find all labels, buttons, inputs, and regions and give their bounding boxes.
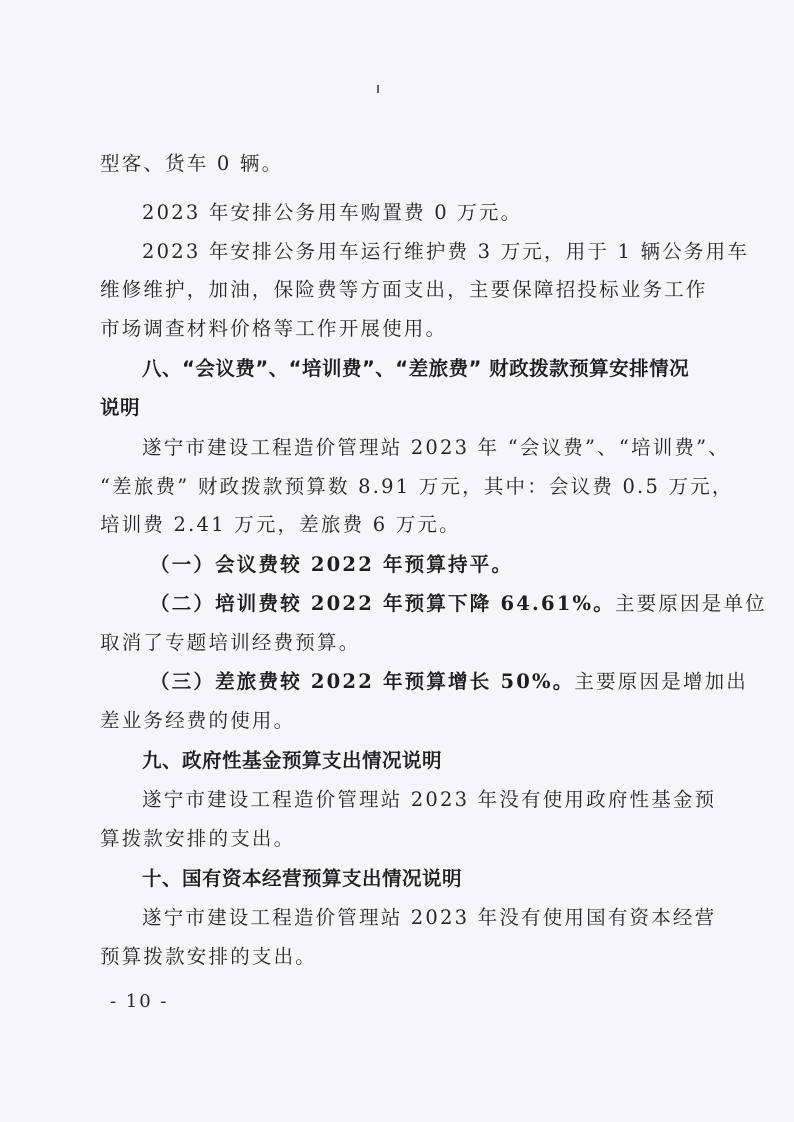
paragraph-vehicle-maintenance-line1: 2023 年安排公务用车运行维护费 3 万元，用于 1 辆公务用车 [142,238,710,266]
paragraph-gov-fund-line1: 遂宁市建设工程造价管理站 2023 年没有使用政府性基金预 [142,786,710,814]
subsection-training-fee-line2: 取消了专题培训经费预算。 [100,629,710,657]
section-heading-8-line2: 说明 [100,394,710,422]
paragraph-state-capital-line2: 预算拨款安排的支出。 [100,943,710,971]
subsection-meeting-fee: （一）会议费较 2022 年预算持平。 [150,551,710,579]
subsection-travel-fee-bold: （三）差旅费较 2022 年预算增长 50%。 [150,670,574,693]
subsection-travel-fee-line2: 差业务经费的使用。 [100,707,710,735]
subsection-travel-fee: （三）差旅费较 2022 年预算增长 50%。主要原因是增加出 [150,668,710,696]
section-heading-8-line1: 八、“会议费”、“培训费”、“差旅费” 财政拨款预算安排情况 [142,355,710,383]
section-heading-10: 十、国有资本经营预算支出情况说明 [142,865,710,893]
paragraph-state-capital-line1: 遂宁市建设工程造价管理站 2023 年没有使用国有资本经营 [142,904,710,932]
section-heading-9: 九、政府性基金预算支出情况说明 [142,747,710,775]
paragraph-vehicle-maintenance-line2: 维修维护，加油，保险费等方面支出，主要保障招投标业务工作 [100,276,710,304]
document-page: 型客、货车 0 辆。 2023 年安排公务用车购置费 0 万元。 2023 年安… [0,0,794,1122]
page-number: - 10 - [110,990,169,1014]
scan-artifact-mark [377,85,379,93]
subsection-training-fee: （二）培训费较 2022 年预算下降 64.61%。主要原因是单位 [150,590,710,618]
subsection-training-fee-bold: （二）培训费较 2022 年预算下降 64.61%。 [150,592,615,615]
paragraph-three-fees-line1: 遂宁市建设工程造价管理站 2023 年 “会议费”、“培训费”、 [142,434,710,462]
paragraph-vehicle-count: 型客、货车 0 辆。 [100,150,710,178]
paragraph-three-fees-line2: “差旅费” 财政拨款预算数 8.91 万元，其中：会议费 0.5 万元， [100,473,710,501]
subsection-training-fee-reason: 主要原因是单位 [615,592,767,615]
paragraph-vehicle-maintenance-line3: 市场调查材料价格等工作开展使用。 [100,315,710,343]
paragraph-three-fees-line3: 培训费 2.41 万元，差旅费 6 万元。 [100,511,710,539]
paragraph-gov-fund-line2: 算拨款安排的支出。 [100,825,710,853]
paragraph-vehicle-purchase: 2023 年安排公务用车购置费 0 万元。 [142,199,710,227]
subsection-travel-fee-reason: 主要原因是增加出 [574,670,748,693]
